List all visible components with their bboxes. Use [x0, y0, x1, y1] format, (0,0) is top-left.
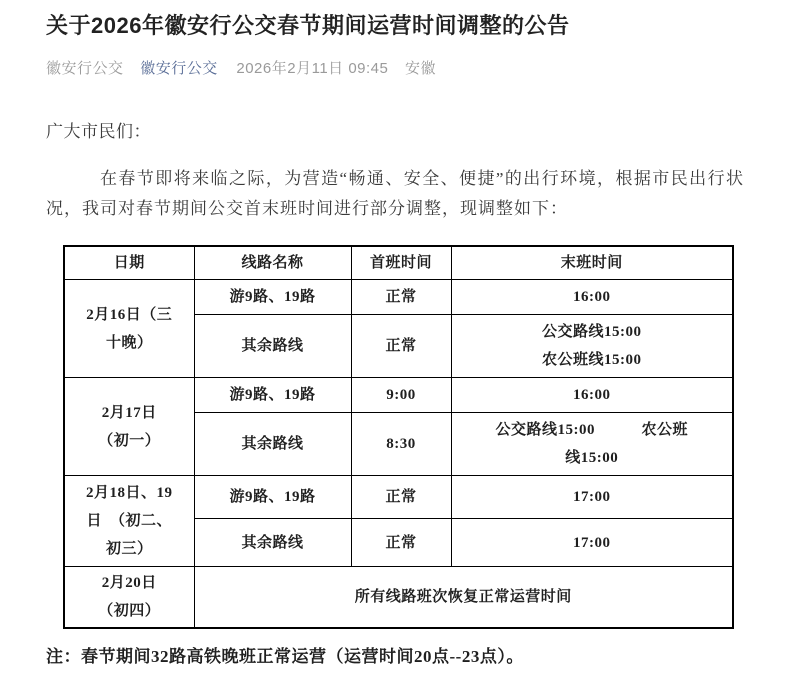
route-cell: 其余路线: [194, 413, 351, 476]
first-bus-cell: 正常: [351, 315, 451, 378]
author-name-label: 徽安行公交: [46, 60, 124, 77]
route-cell: 游9路、19路: [194, 378, 351, 413]
header-route: 线路名称: [194, 246, 351, 280]
publish-datetime-label: 2026年2月11日 09:45: [236, 60, 388, 77]
header-last-bus: 末班时间: [451, 246, 733, 280]
publish-location-label: 安徽: [405, 60, 436, 77]
first-bus-cell: 正常: [351, 519, 451, 567]
last-bus-cell: 公交路线15:00 农公班线15:00: [451, 315, 733, 378]
route-cell: 其余路线: [194, 519, 351, 567]
table-row: 2月20日 （初四） 所有线路班次恢复正常运营时间: [64, 567, 733, 629]
schedule-table: 日期 线路名称 首班时间 末班时间 2月16日（三 十晚） 游9路、19路 正常…: [63, 245, 734, 630]
first-bus-cell: 正常: [351, 476, 451, 519]
date-cell: 2月16日（三 十晚）: [64, 280, 194, 378]
date-cell: 2月20日 （初四）: [64, 567, 194, 629]
route-cell: 游9路、19路: [194, 280, 351, 315]
last-bus-cell: 公交路线15:00 农公班 线15:00: [451, 413, 733, 476]
footnote-text: 注：春节期间32路高铁晚班正常运营（运营时间20点--23点）。: [46, 642, 744, 667]
last-bus-cell: 16:00: [451, 280, 733, 315]
date-cell: 2月18日、19 日 （初二、 初三）: [64, 476, 194, 567]
header-first-bus: 首班时间: [351, 246, 451, 280]
salutation-text: 广大市民们：: [46, 117, 744, 147]
article-page: 关于2026年徽安行公交春节期间运营时间调整的公告 徽安行公交 徽安行公交 20…: [0, 0, 790, 667]
last-bus-cell: 17:00: [451, 476, 733, 519]
route-cell: 游9路、19路: [194, 476, 351, 519]
last-bus-cell: 16:00: [451, 378, 733, 413]
official-account-link[interactable]: 徽安行公交: [140, 60, 218, 77]
first-bus-cell: 8:30: [351, 413, 451, 476]
table-row: 2月18日、19 日 （初二、 初三） 游9路、19路 正常 17:00: [64, 476, 733, 519]
last-bus-cell: 17:00: [451, 519, 733, 567]
date-cell: 2月17日 （初一）: [64, 378, 194, 476]
table-header-row: 日期 线路名称 首班时间 末班时间: [64, 246, 733, 280]
page-title: 关于2026年徽安行公交春节期间运营时间调整的公告: [46, 11, 744, 42]
merged-resume-cell: 所有线路班次恢复正常运营时间: [194, 567, 733, 629]
header-date: 日期: [64, 246, 194, 280]
first-bus-cell: 9:00: [351, 378, 451, 413]
route-cell: 其余路线: [194, 315, 351, 378]
table-row: 2月17日 （初一） 游9路、19路 9:00 16:00: [64, 378, 733, 413]
first-bus-cell: 正常: [351, 280, 451, 315]
announcement-paragraph: 在春节即将来临之际，为营造“畅通、安全、便捷”的出行环境，根据市民出行状况，我司…: [46, 164, 744, 224]
table-row: 2月16日（三 十晚） 游9路、19路 正常 16:00: [64, 280, 733, 315]
article-meta: 徽安行公交 徽安行公交 2026年2月11日 09:45 安徽: [46, 57, 744, 78]
